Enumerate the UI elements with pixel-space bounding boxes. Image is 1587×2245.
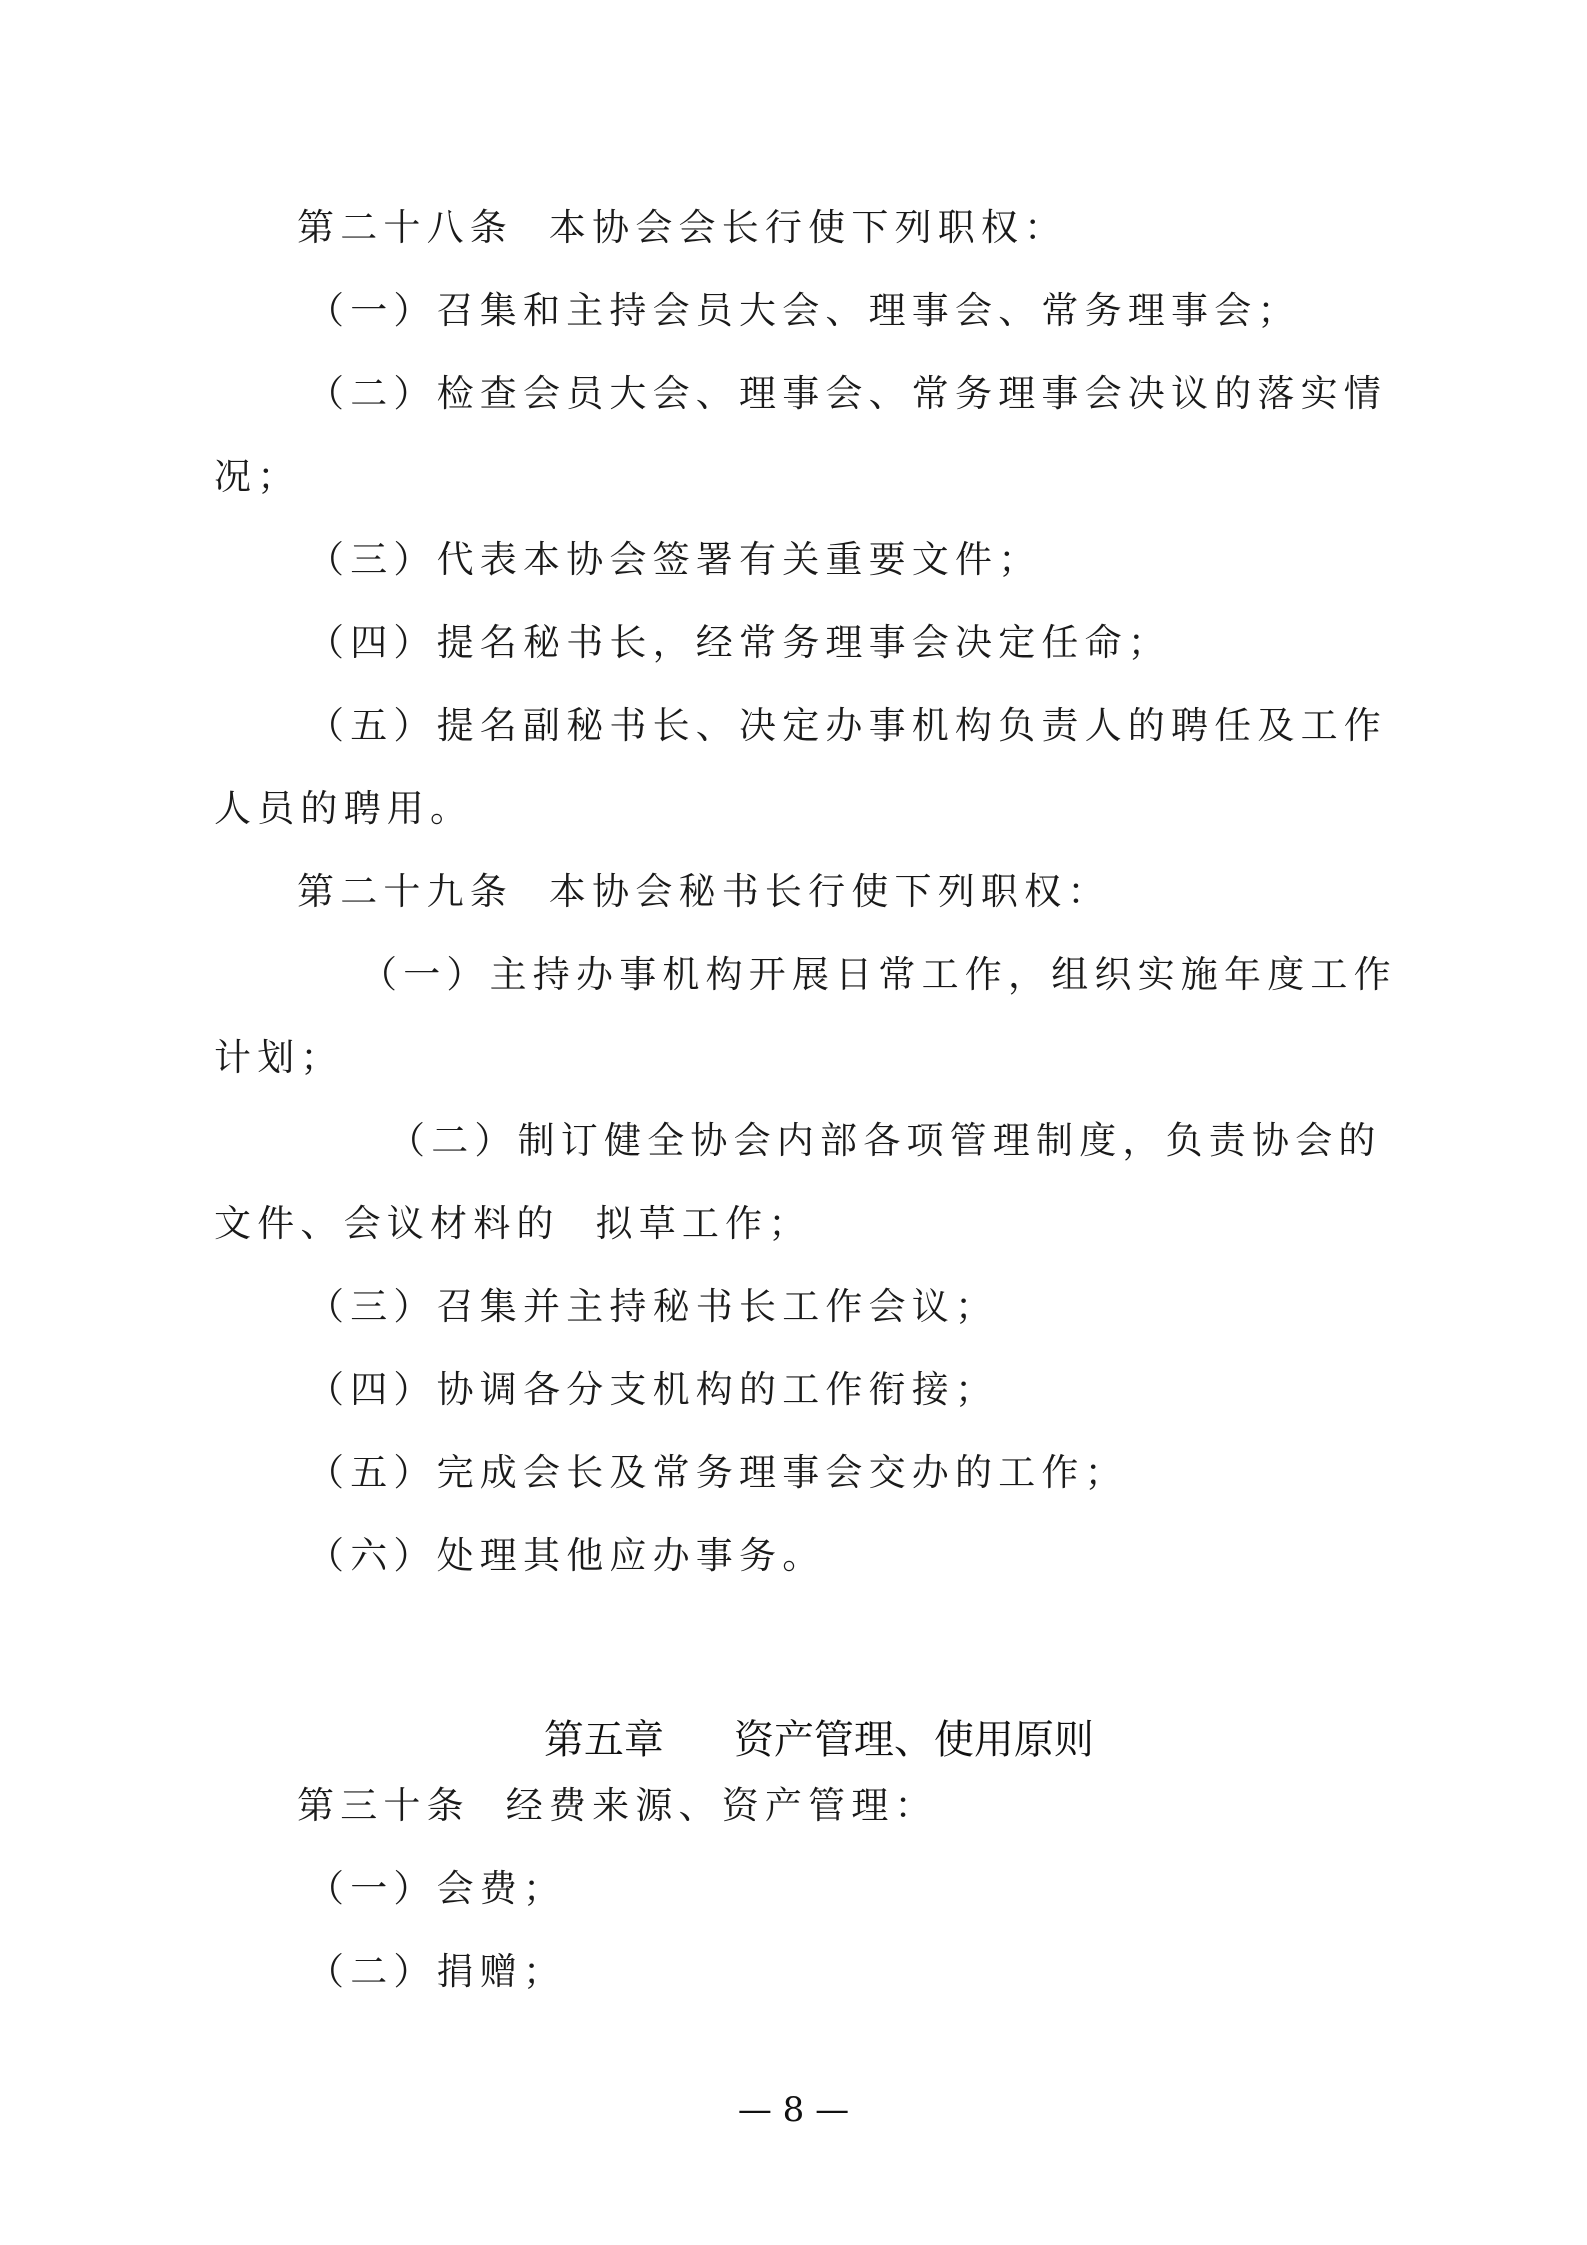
article-29-item-1-continued: 计划； (214, 1034, 344, 1082)
article-28-item-4: （四）提名秘书长，经常务理事会决定任命； (307, 619, 1171, 667)
page-number: — 8 — (0, 2090, 1587, 2130)
article-29-heading: 第二十九条 本协会秘书长行使下列职权： (297, 868, 1111, 916)
article-30-item-2: （二）捐赠； (307, 1948, 566, 1996)
article-28-item-2-continued: 况； (214, 453, 300, 501)
article-30-heading: 第三十条 经费来源、资产管理： (297, 1782, 938, 1830)
article-28-heading: 第二十八条 本协会会长行使下列职权： (297, 204, 1067, 252)
article-29-item-1: （一）主持办事机构开展日常工作，组织实施年度工作 (360, 951, 1397, 999)
article-30-item-1: （一）会费； (307, 1865, 566, 1913)
article-28-item-5-continued: 人员的聘用。 (214, 785, 473, 833)
article-28-item-2: （二）检查会员大会、理事会、常务理事会决议的落实情 (307, 370, 1387, 418)
article-28-item-3: （三）代表本协会签署有关重要文件； (307, 536, 1041, 584)
article-29-item-3: （三）召集并主持秘书长工作会议； (307, 1283, 998, 1331)
article-28-item-1: （一）召集和主持会员大会、理事会、常务理事会； (307, 287, 1301, 335)
article-29-item-5: （五）完成会长及常务理事会交办的工作； (307, 1449, 1128, 1497)
document-page: 第二十八条 本协会会长行使下列职权： （一）召集和主持会员大会、理事会、常务理事… (0, 0, 1587, 2245)
article-29-item-4: （四）协调各分支机构的工作衔接； (307, 1366, 998, 1414)
article-29-item-2: （二）制订健全协会内部各项管理制度，负责协会的 (388, 1117, 1382, 1165)
article-28-item-5: （五）提名副秘书长、决定办事机构负责人的聘任及工作 (307, 702, 1387, 750)
article-29-item-6: （六）处理其他应办事务。 (307, 1532, 825, 1580)
article-29-item-2-continued: 文件、会议材料的 拟草工作； (214, 1200, 812, 1248)
chapter-number: 第五章 (544, 1717, 664, 1763)
chapter-title: 资产管理、使用原则 (734, 1717, 1094, 1763)
